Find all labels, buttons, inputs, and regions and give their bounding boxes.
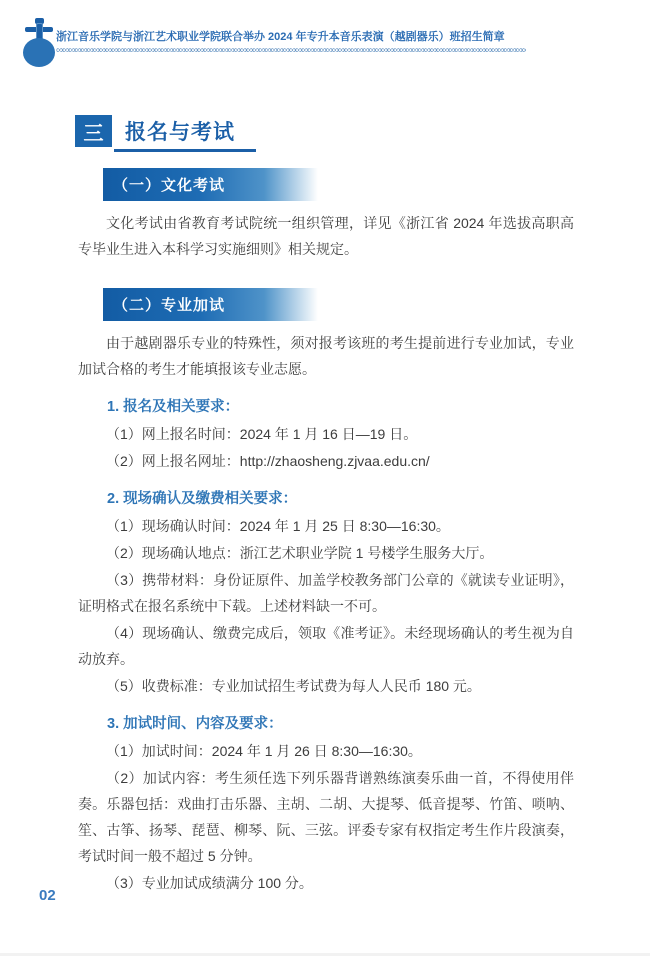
paragraph: 由于越剧器乐专业的特殊性，须对报考该班的考生提前进行专业加试，专业加试合格的考生…	[78, 330, 574, 382]
list-item: （2）网上报名网址：http://zhaosheng.zjvaa.edu.cn/	[78, 448, 574, 474]
list-item: （2）加试内容：考生须任选下列乐器背谱熟练演奏乐曲一首，不得使用伴奏。乐器包括：…	[78, 765, 574, 869]
list-item: （1）加试时间：2024 年 1 月 26 日 8:30—16:30。	[78, 738, 574, 764]
list-item: （1）现场确认时间：2024 年 1 月 25 日 8:30—16:30。	[78, 513, 574, 539]
chain-decoration: ∞∞∞∞∞∞∞∞∞∞∞∞∞∞∞∞∞∞∞∞∞∞∞∞∞∞∞∞∞∞∞∞∞∞∞∞∞∞∞∞…	[56, 46, 526, 57]
document-body: （一）文化考试 文化考试由省教育考试院统一组织管理，详见《浙江省 2024 年选…	[78, 168, 574, 897]
page-header: 浙江音乐学院与浙江艺术职业学院联合举办 2024 年专升本音乐表演（越剧器乐）班…	[0, 0, 650, 80]
chapter-heading: 三 报名与考试	[75, 115, 256, 152]
subsection-heading-registration: 1. 报名及相关要求：	[78, 394, 574, 420]
list-item: （1）网上报名时间：2024 年 1 月 16 日—19 日。	[78, 421, 574, 447]
chapter-underline	[114, 149, 256, 152]
chapter-title: 报名与考试	[125, 116, 235, 146]
section-label-culture-exam: （一）文化考试	[103, 168, 318, 201]
list-item: （3）专业加试成绩满分 100 分。	[78, 870, 574, 896]
page-number: 02	[39, 887, 56, 904]
list-item: （3）携带材料：身份证原件、加盖学校教务部门公章的《就读专业证明》，证明格式在报…	[78, 567, 574, 619]
list-item: （5）收费标准：专业加试招生考试费为每人人民币 180 元。	[78, 673, 574, 699]
list-item: （2）现场确认地点：浙江艺术职业学院 1 号楼学生服务大厅。	[78, 540, 574, 566]
section-label-major-test: （二）专业加试	[103, 288, 318, 321]
header-title: 浙江音乐学院与浙江艺术职业学院联合举办 2024 年专升本音乐表演（越剧器乐）班…	[56, 28, 541, 44]
subsection-heading-test-schedule: 3. 加试时间、内容及要求：	[78, 711, 574, 737]
header-text-block: 浙江音乐学院与浙江艺术职业学院联合举办 2024 年专升本音乐表演（越剧器乐）班…	[56, 28, 541, 57]
spacer	[78, 262, 574, 288]
chapter-number-badge: 三	[75, 115, 112, 147]
list-item: （4）现场确认、缴费完成后，领取《准考证》。未经现场确认的考生视为自动放弃。	[78, 620, 574, 672]
subsection-heading-confirmation: 2. 现场确认及缴费相关要求：	[78, 486, 574, 512]
paragraph: 文化考试由省教育考试院统一组织管理，详见《浙江省 2024 年选拔高职高专毕业生…	[78, 210, 574, 262]
